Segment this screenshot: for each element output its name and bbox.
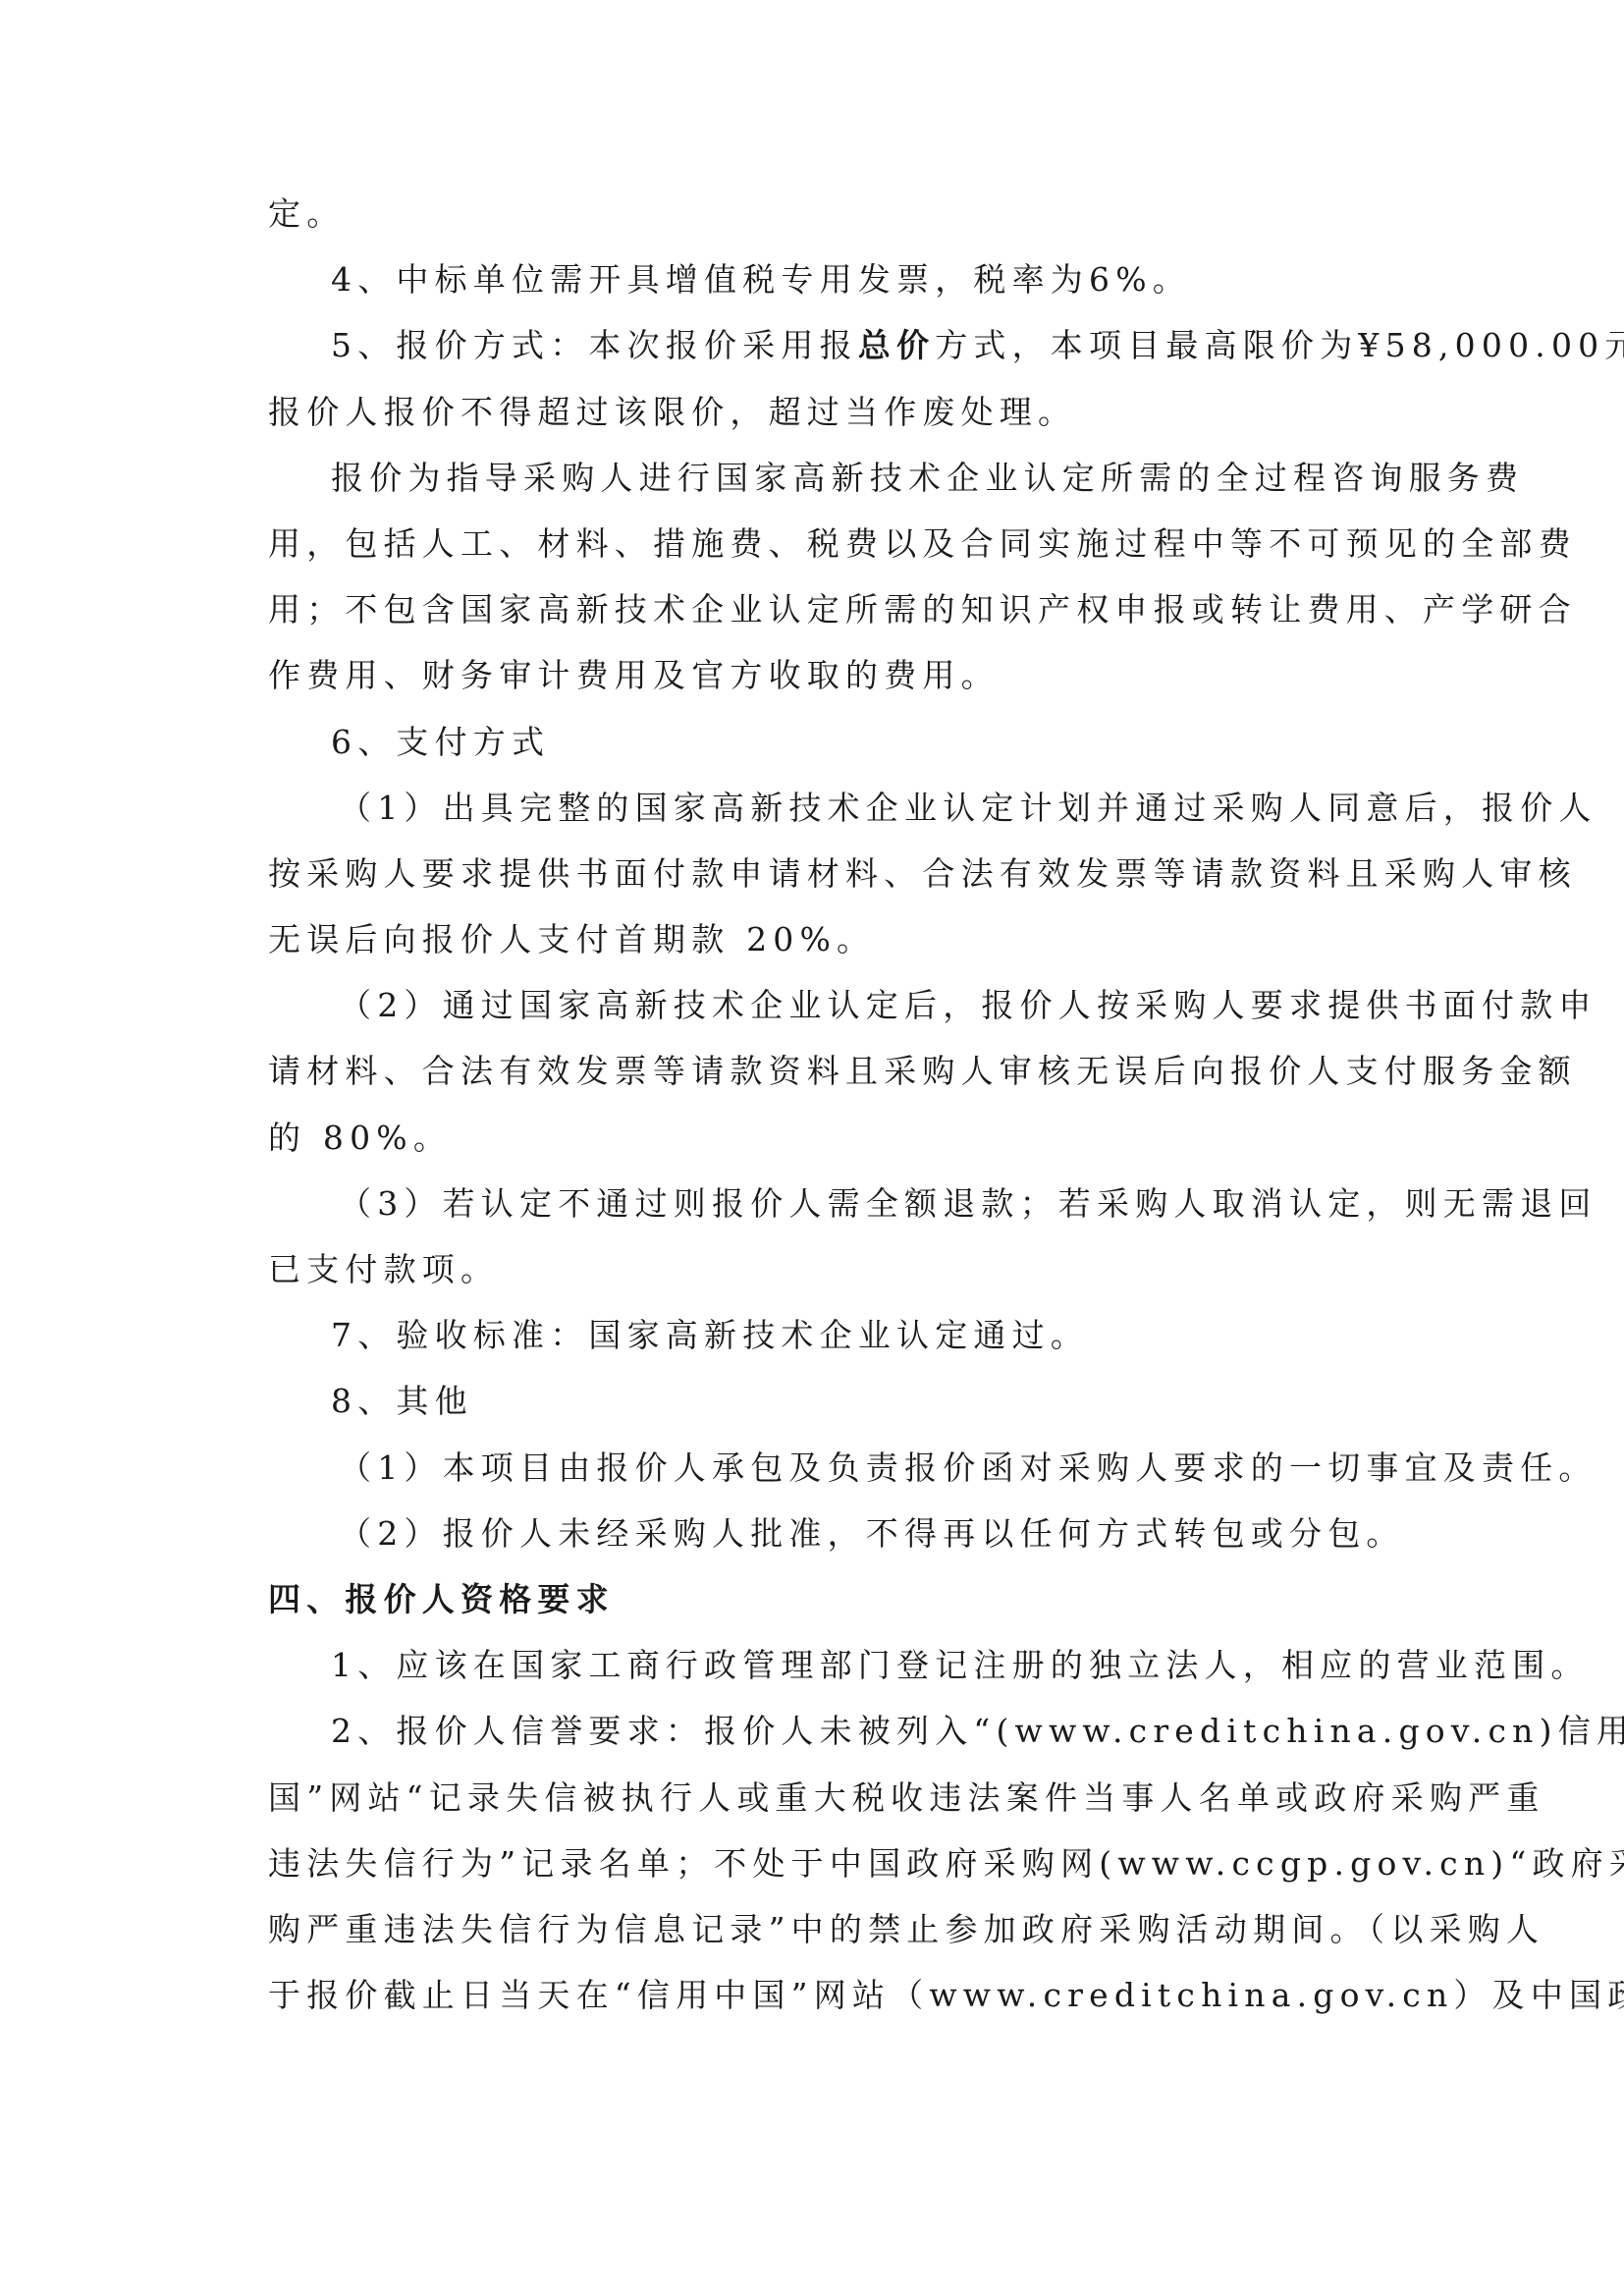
other-clause-1: （1）本项目由报价人承包及负责报价函对采购人要求的一切事宜及责任。 [268,1435,1387,1501]
payment-clause-2: （2）通过国家高新技术企业认定后，报价人按采购人要求提供书面付款申 [268,972,1387,1038]
payment-clause-3-line-2: 已支付款项。 [268,1236,1387,1302]
qualification-2: 2、报价人信誉要求：报价人未被列入“(www.creditchina.gov.c… [268,1698,1387,1764]
quote-scope-line-2: 用，包括人工、材料、措施费、税费以及合同实施过程中等不可预见的全部费 [268,511,1387,576]
other-clause-2: （2）报价人未经采购人批准，不得再以任何方式转包或分包。 [268,1501,1387,1566]
payment-clause-1: （1）出具完整的国家高新技术企业认定计划并通过采购人同意后，报价人 [268,775,1387,841]
qualification-2-line-3: 违法失信行为”记录名单；不处于中国政府采购网(www.ccgp.gov.cn)“… [268,1831,1387,1896]
qualification-2-line-5: 于报价截止日当天在“信用中国”网站（www.creditchina.gov.cn… [268,1962,1387,2028]
qualification-1: 1、应该在国家工商行政管理部门登记注册的独立法人，相应的营业范围。 [268,1632,1387,1698]
qualification-2-line-4: 购严重违法失信行为信息记录”中的禁止参加政府采购活动期间。（以采购人 [268,1896,1387,1962]
section-heading-qualifications: 四、报价人资格要求 [268,1566,1387,1632]
item-5-quote-method: 5、报价方式：本次报价采用报总价方式，本项目最高限价为¥58,000.00元， [268,312,1387,378]
item-7-acceptance: 7、验收标准：国家高新技术企业认定通过。 [268,1302,1387,1368]
quote-scope-line-3: 用；不包含国家高新技术企业认定所需的知识产权申报或转让费用、产学研合 [268,576,1387,642]
payment-clause-1-line-3: 无误后向报价人支付首期款 20%。 [268,906,1387,972]
paragraph-continuation: 定。 [268,181,1387,246]
payment-clause-3: （3）若认定不通过则报价人需全额退款；若采购人取消认定，则无需退回 [268,1171,1387,1236]
item-5-text-pre: 5、报价方式：本次报价采用报 [331,326,858,364]
item-8-other: 8、其他 [268,1368,1387,1434]
quote-scope-line-4: 作费用、财务审计费用及官方收取的费用。 [268,642,1387,708]
payment-clause-2-line-3: 的 80%。 [268,1105,1387,1171]
item-4-invoice: 4、中标单位需开具增值税专用发票，税率为6%。 [268,246,1387,312]
item-5-text-bold: 总价 [858,326,935,364]
payment-clause-1-line-2: 按采购人要求提供书面付款申请材料、合法有效发票等请款资料且采购人审核 [268,841,1387,906]
qualification-2-line-2: 国”网站“记录失信被执行人或重大税收违法案件当事人名单或政府采购严重 [268,1765,1387,1831]
payment-clause-2-line-2: 请材料、合法有效发票等请款资料且采购人审核无误后向报价人支付服务金额 [268,1038,1387,1104]
item-5-continuation: 报价人报价不得超过该限价，超过当作废处理。 [268,379,1387,445]
item-6-payment-method: 6、支付方式 [268,709,1387,775]
item-5-text-post: 方式，本项目最高限价为¥58,000.00元， [935,326,1624,364]
quote-scope-paragraph: 报价为指导采购人进行国家高新技术企业认定所需的全过程咨询服务费 [268,445,1387,511]
document-page: 定。 4、中标单位需开具增值税专用发票，税率为6%。 5、报价方式：本次报价采用… [268,181,1387,2028]
